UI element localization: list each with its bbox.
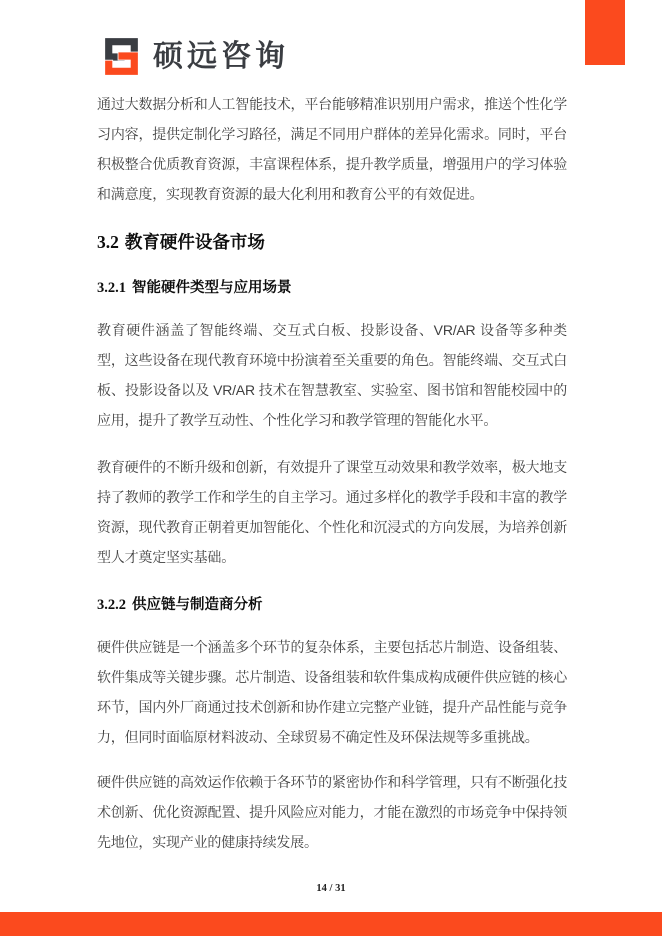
subsection-1-heading: 3.2.1智能硬件类型与应用场景 bbox=[97, 278, 567, 298]
subsection-2-paragraph: 硬件供应链是一个涵盖多个环节的复杂体系，主要包括芯片制造、设备组装、软件集成等关… bbox=[97, 632, 567, 752]
subsection-2-heading: 3.2.2供应链与制造商分析 bbox=[97, 595, 567, 615]
subsection-1-paragraph: 教育硬件涵盖了智能终端、交互式白板、投影设备、VR/AR 设备等多种类型，这些设… bbox=[97, 315, 567, 435]
subsection-1-title: 智能硬件类型与应用场景 bbox=[132, 280, 292, 296]
top-right-accent-block bbox=[585, 0, 625, 65]
document-page: 硕远咨询 通过大数据分析和人工智能技术，平台能够精准识别用户需求，推送个性化学习… bbox=[0, 0, 662, 936]
page-number-indicator: 14 / 31 bbox=[0, 883, 662, 894]
subsection-1-paragraph: 教育硬件的不断升级和创新，有效提升了课堂互动效果和教学效率，极大地支持了教师的教… bbox=[97, 452, 567, 572]
bottom-accent-bar bbox=[0, 912, 662, 936]
subsection-1-number: 3.2.1 bbox=[97, 280, 126, 296]
section-heading: 3.2教育硬件设备市场 bbox=[97, 230, 567, 254]
subsection-2-title: 供应链与制造商分析 bbox=[132, 597, 263, 613]
section-title: 教育硬件设备市场 bbox=[125, 232, 265, 252]
document-content: 通过大数据分析和人工智能技术，平台能够精准识别用户需求，推送个性化学习内容，提供… bbox=[97, 0, 567, 857]
subsection-2-number: 3.2.2 bbox=[97, 597, 126, 613]
section-number: 3.2 bbox=[97, 232, 119, 252]
subsection-2-paragraph: 硬件供应链的高效运作依赖于各环节的紧密协作和科学管理，只有不断强化技术创新、优化… bbox=[97, 767, 567, 857]
intro-paragraph: 通过大数据分析和人工智能技术，平台能够精准识别用户需求，推送个性化学习内容，提供… bbox=[97, 89, 567, 209]
